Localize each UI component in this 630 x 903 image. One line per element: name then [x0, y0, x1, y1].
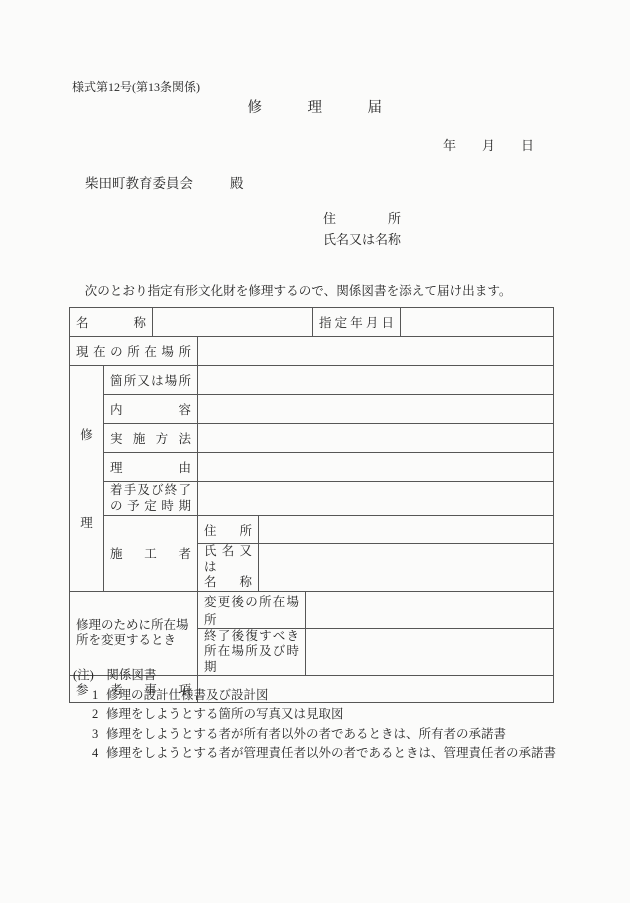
schedule-value-cell [198, 482, 554, 516]
designation-date-value-cell [401, 308, 554, 337]
table-row: 現在の所在場所 [70, 337, 554, 366]
reason-label-cell: 理由 [104, 453, 198, 482]
repair-form-table: 名称 指定年月日 現在の所在場所 修 理 箇所又は場所 内容 実施方法 理由 着… [69, 307, 554, 703]
place-label-cell: 箇所又は場所 [104, 366, 198, 395]
name-label-cell: 名称 [70, 308, 153, 337]
repair-group-label-cell: 修 理 [70, 366, 104, 592]
new-location-value-cell [306, 591, 554, 628]
repair-char-top: 修 [80, 425, 93, 443]
method-label-cell: 実施方法 [104, 424, 198, 453]
new-location-label-cell: 変更後の所在場所 [198, 591, 306, 628]
relocation-label-cell: 修理のために所在場 所を変更するとき [70, 591, 198, 676]
note-number: 2 [92, 705, 106, 725]
contractor-name-value-cell [259, 544, 554, 592]
table-row: 着手及び終了 の予定時期 [70, 482, 554, 516]
current-location-value-cell [198, 337, 554, 366]
repair-vertical-label: 修 理 [76, 425, 97, 531]
content-value-cell [198, 395, 554, 424]
notes-heading: (注) 関係図書 [73, 666, 556, 686]
date-line: 年 月 日 [443, 135, 534, 154]
repair-char-bottom: 理 [80, 513, 93, 531]
note-number: 4 [92, 744, 106, 764]
table-row: 実施方法 [70, 424, 554, 453]
addressee-line: 柴田町教育委員会殿 [85, 172, 244, 192]
content-label-cell: 内容 [104, 395, 198, 424]
applicant-name-label: 氏名又は名称 [323, 229, 401, 248]
method-value-cell [198, 424, 554, 453]
note-number: 3 [92, 725, 106, 745]
addressee-honorific: 殿 [230, 176, 244, 191]
notes-block: (注) 関係図書 1 修理の設計仕様書及び設計図 2 修理をしようとする箇所の写… [73, 666, 556, 764]
note-text: 修理をしようとする者が所有者以外の者であるときは、所有者の承諾書 [106, 725, 506, 745]
table-row: 施工者 住所 [70, 516, 554, 544]
reason-value-cell [198, 453, 554, 482]
applicant-address-label: 住 所 [323, 208, 401, 227]
form-number: 様式第12号(第13条関係) [72, 78, 200, 95]
contractor-name-label-cell: 氏名又は 名称 [198, 544, 259, 592]
schedule-label-cell: 着手及び終了 の予定時期 [104, 482, 198, 516]
table-row: 理由 [70, 453, 554, 482]
note-item: 3 修理をしようとする者が所有者以外の者であるときは、所有者の承諾書 [92, 725, 556, 745]
note-item: 4 修理をしようとする者が管理責任者以外の者であるときは、管理責任者の承諾書 [92, 744, 556, 764]
current-location-label-cell: 現在の所在場所 [70, 337, 198, 366]
body-text: 次のとおり指定有形文化財を修理するので、関係図書を添えて届け出ます。 [72, 280, 512, 299]
contractor-address-value-cell [259, 516, 554, 544]
table-row: 名称 指定年月日 [70, 308, 554, 337]
contractor-address-label-cell: 住所 [198, 516, 259, 544]
designation-date-label-cell: 指定年月日 [313, 308, 401, 337]
note-number: 1 [92, 686, 106, 706]
note-text: 修理をしようとする者が管理責任者以外の者であるときは、管理責任者の承諾書 [106, 744, 556, 764]
note-text: 修理の設計仕様書及び設計図 [106, 686, 269, 706]
note-text: 修理をしようとする箇所の写真又は見取図 [106, 705, 344, 725]
table-row: 修理のために所在場 所を変更するとき 変更後の所在場所 [70, 591, 554, 628]
place-value-cell [198, 366, 554, 395]
note-item: 2 修理をしようとする箇所の写真又は見取図 [92, 705, 556, 725]
name-value-cell [153, 308, 313, 337]
contractor-label-cell: 施工者 [104, 516, 198, 592]
document-title: 修 理 届 [0, 96, 630, 117]
note-item: 1 修理の設計仕様書及び設計図 [92, 686, 556, 706]
table-row: 修 理 箇所又は場所 [70, 366, 554, 395]
addressee-name: 柴田町教育委員会 [85, 176, 193, 191]
table-row: 内容 [70, 395, 554, 424]
